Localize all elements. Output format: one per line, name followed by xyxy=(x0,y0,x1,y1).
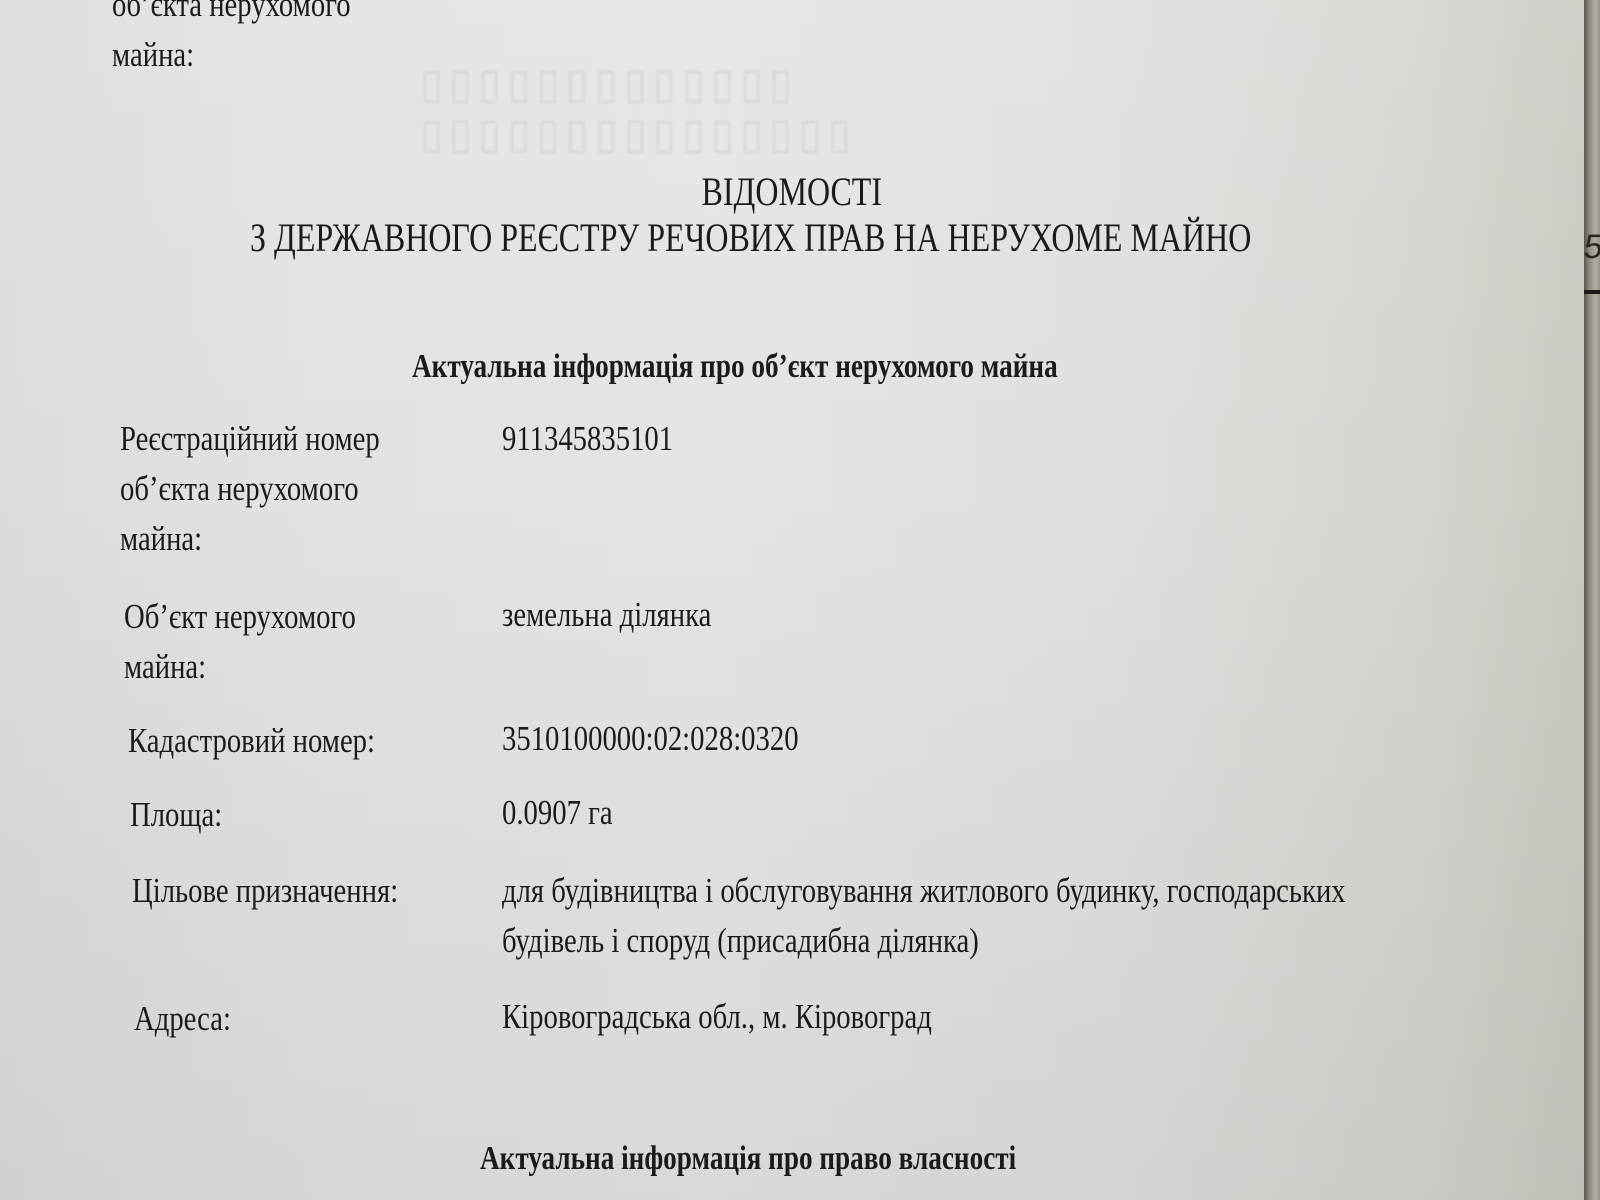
field-value-cadastral-number: 3510100000:02:028:0320 xyxy=(502,714,799,764)
field-value-area: 0.0907 га xyxy=(502,788,613,838)
bleed-through-texture: ▯▯▯▯▯▯▯▯▯▯▯▯▯▯▯▯▯▯▯▯▯▯▯▯▯▯▯▯ xyxy=(420,60,1040,160)
previous-page-fragment: об’єкта нерухомого майна: xyxy=(112,0,351,80)
field-label-purpose: Цільове призначення: xyxy=(132,866,398,916)
field-label-object-type: Об’єкт нерухомого майна: xyxy=(124,592,356,692)
section-heading-ownership: Актуальна інформація про право власності xyxy=(480,1140,1016,1178)
field-value-address: Кіровоградська обл., м. Кіровоград xyxy=(502,992,932,1042)
document-page: ▯▯▯▯▯▯▯▯▯▯▯▯▯▯▯▯▯▯▯▯▯▯▯▯▯▯▯▯ об’єкта нер… xyxy=(0,0,1584,1200)
field-label-address: Адреса: xyxy=(134,994,231,1044)
field-value-object-type: земельна ділянка xyxy=(502,590,711,640)
underlying-page-edge xyxy=(1584,0,1600,1200)
document-title: ВІДОМОСТІ xyxy=(0,168,1584,215)
field-value-registration-number: 911345835101 xyxy=(502,414,673,464)
document-title-line-1: ВІДОМОСТІ xyxy=(702,168,882,215)
field-label-area: Площа: xyxy=(130,790,222,840)
field-label-registration-number: Реєстраційний номер об’єкта нерухомого м… xyxy=(120,414,380,564)
document-title-line-2: З ДЕРЖАВНОГО РЕЄСТРУ РЕЧОВИХ ПРАВ НА НЕР… xyxy=(250,214,1251,261)
field-label-cadastral-number: Кадастровий номер: xyxy=(128,716,375,766)
field-value-purpose: для будівництва і обслуговування житлово… xyxy=(502,866,1346,966)
underlying-page-line xyxy=(1584,290,1600,294)
section-heading-object: Актуальна інформація про об’єкт нерухомо… xyxy=(412,348,1058,386)
